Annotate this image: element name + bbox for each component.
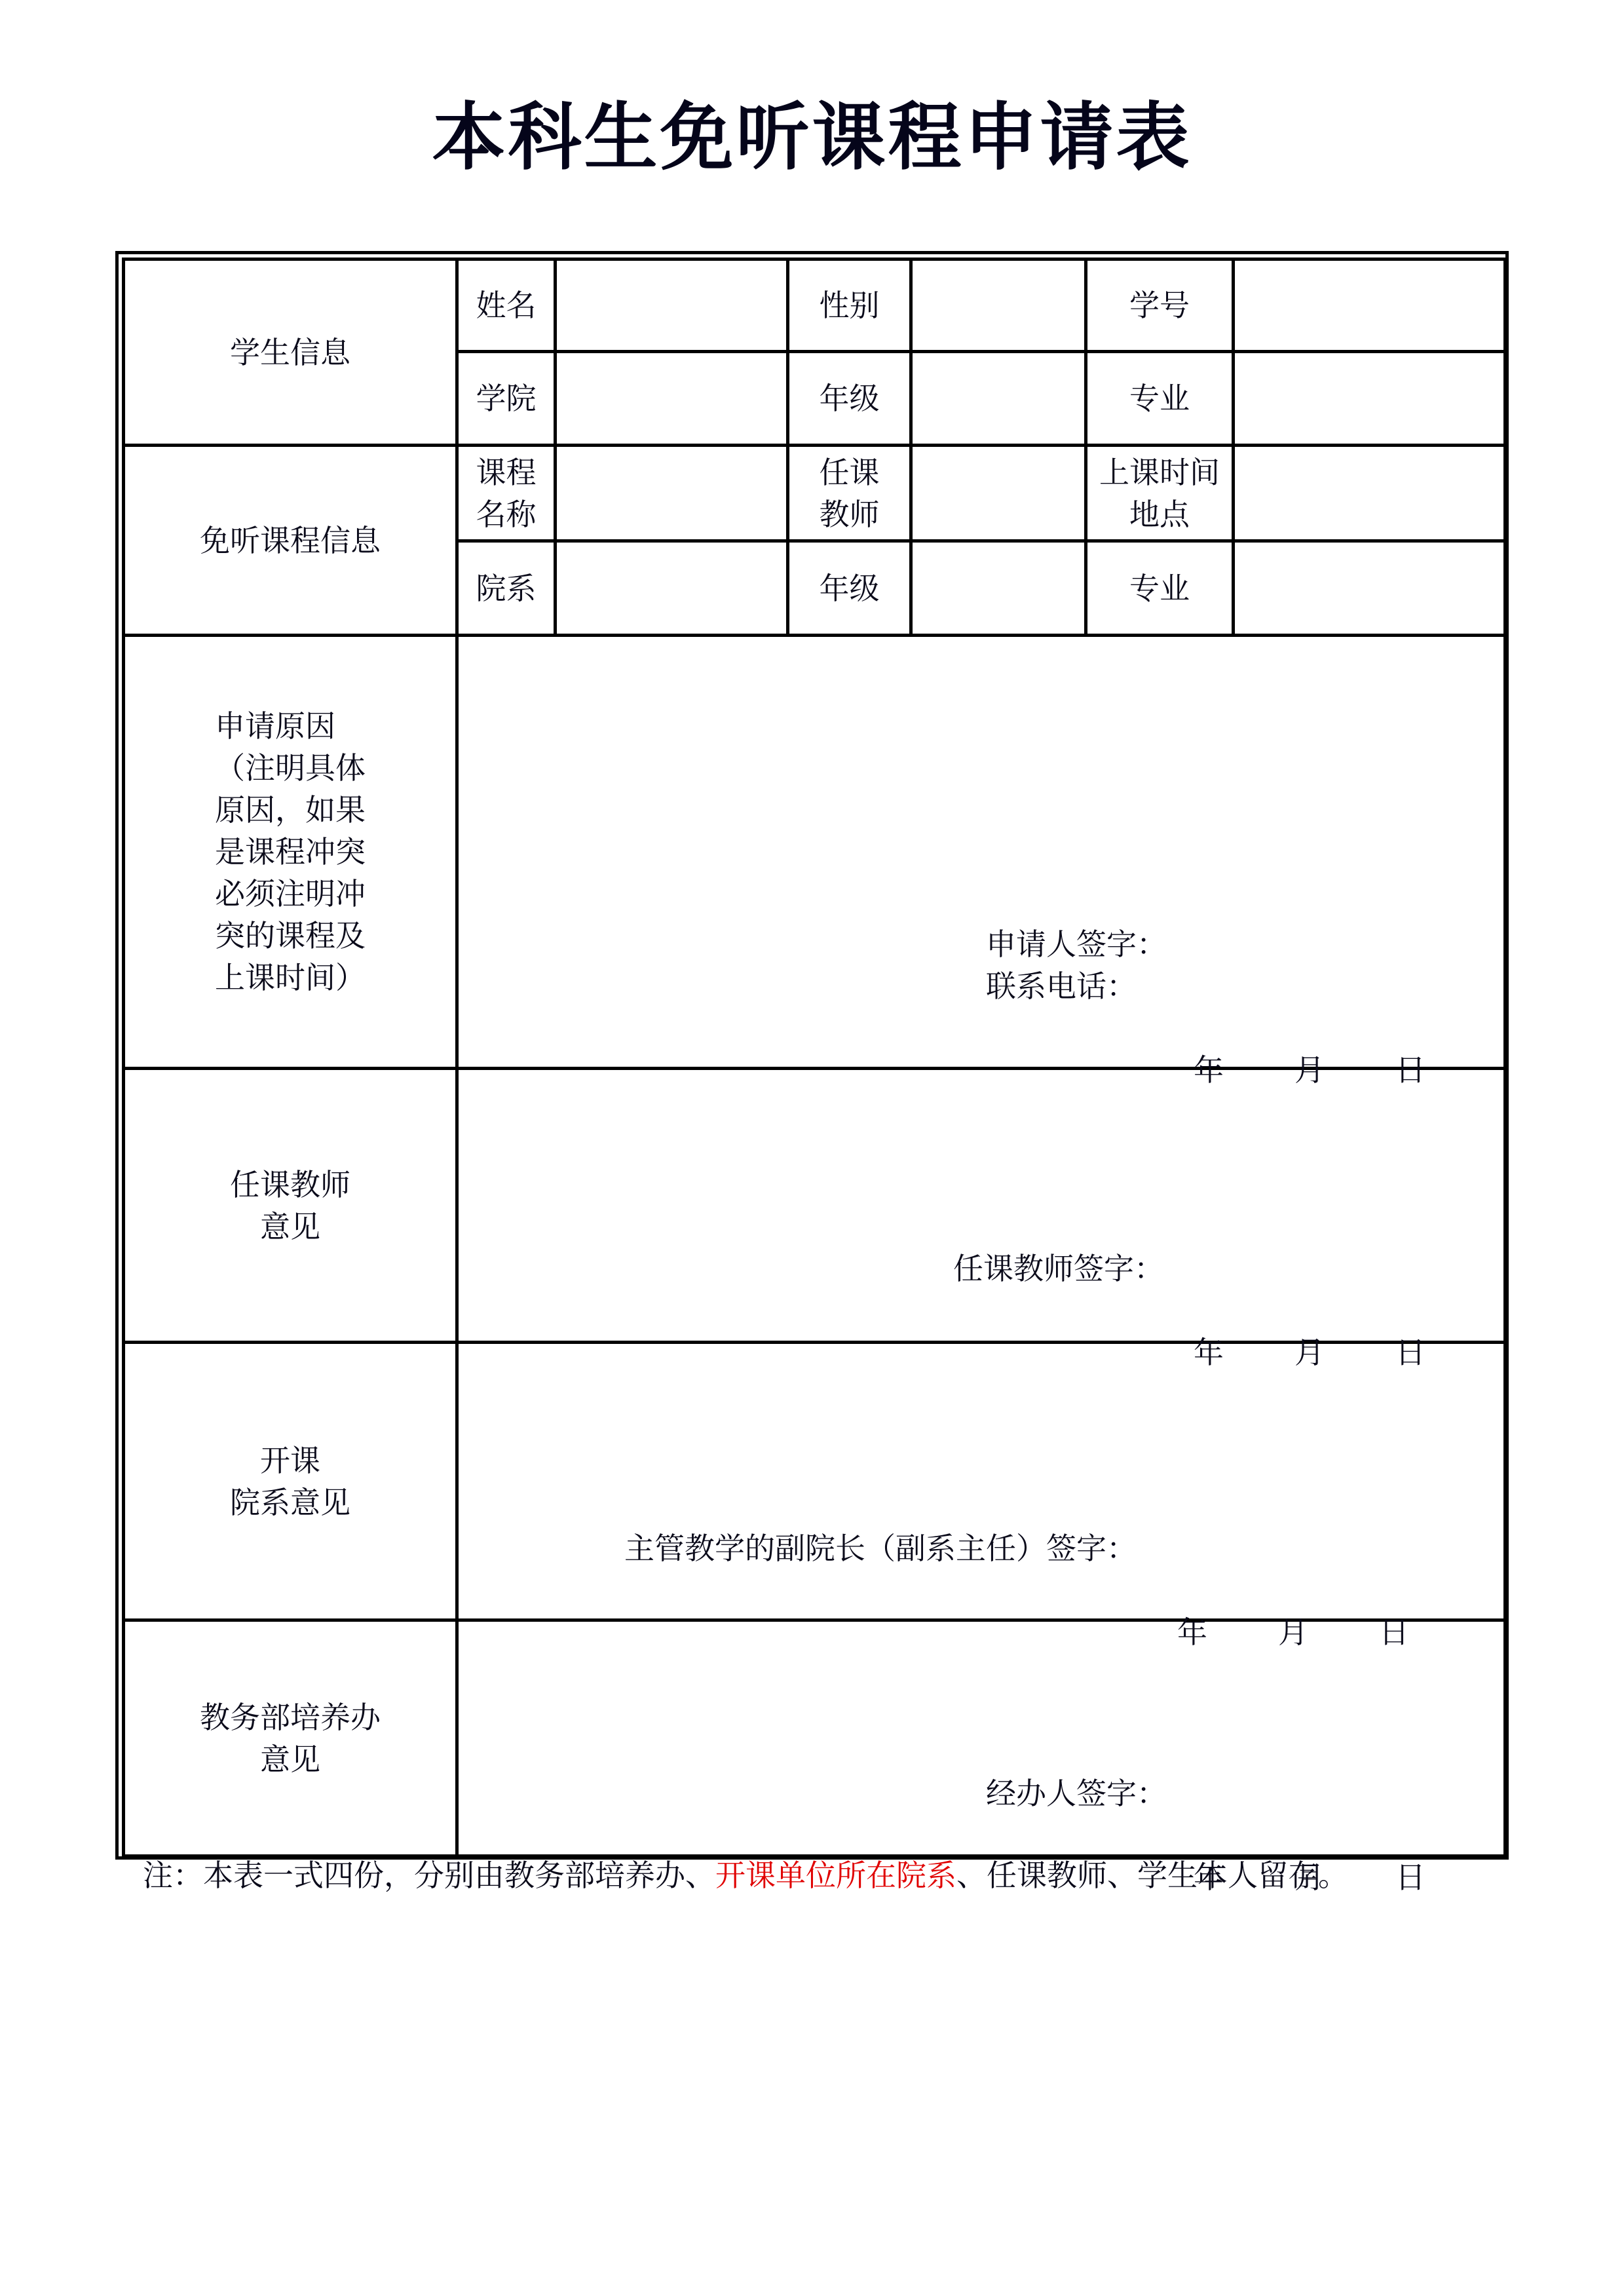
course-dept-field[interactable] <box>556 541 788 636</box>
course-dept-label: 院系 <box>457 541 556 636</box>
major-label: 专业 <box>1086 352 1234 446</box>
office-opinion-row: 教务部培养办 意见 经办人签字： 年月日 <box>124 1620 1505 1856</box>
name-field[interactable] <box>556 259 788 352</box>
student-id-field[interactable] <box>1234 259 1505 352</box>
student-info-section-label: 学生信息 <box>124 259 457 446</box>
footnote: 注：本表一式四份，分别由教务部培养办、开课单位所在院系、任课教师、学生本人留存。 <box>143 1854 1348 1896</box>
dept-opinion-row: 开课 院系意见 主管教学的副院长（副系主任）签字： 年月日 <box>124 1343 1505 1620</box>
course-major-field[interactable] <box>1234 541 1505 636</box>
applicant-signature-label: 申请人签字： <box>986 923 1167 965</box>
footnote-highlight: 开课单位所在院系 <box>715 1858 956 1893</box>
teacher-signature-label: 任课教师签字： <box>953 1248 1164 1290</box>
reason-field[interactable]: 申请人签字： 联系电话： 年月日 <box>457 636 1505 1069</box>
reason-label: 申请原因 （注明具体 原因，如果 是课程冲突 必须注明冲 突的课程及 上课时间） <box>215 705 366 999</box>
teacher-opinion-row: 任课教师 意见 任课教师签字： 年月日 <box>124 1069 1505 1343</box>
course-name-label: 课程 名称 <box>457 446 556 541</box>
time-place-label: 上课时间 地点 <box>1086 446 1234 541</box>
time-place-field[interactable] <box>1234 446 1505 541</box>
grade-label: 年级 <box>788 352 911 446</box>
day-label: 日 <box>1395 1856 1426 1898</box>
office-opinion-field[interactable]: 经办人签字： 年月日 <box>457 1620 1505 1856</box>
dept-opinion-field[interactable]: 主管教学的副院长（副系主任）签字： 年月日 <box>457 1343 1505 1620</box>
course-major-label: 专业 <box>1086 541 1234 636</box>
college-field[interactable] <box>556 352 788 446</box>
teacher-field[interactable] <box>911 446 1086 541</box>
college-label: 学院 <box>457 352 556 446</box>
grade-field[interactable] <box>911 352 1086 446</box>
footnote-prefix: 注：本表一式四份，分别由教务部培养办、 <box>143 1858 715 1893</box>
gender-field[interactable] <box>911 259 1086 352</box>
course-grade-label: 年级 <box>788 541 911 636</box>
dept-signature-label: 主管教学的副院长（副系主任）签字： <box>624 1527 1137 1569</box>
course-info-row-1: 免听课程信息 课程 名称 任课 教师 上课时间 地点 <box>124 446 1505 541</box>
reason-row: 申请原因 （注明具体 原因，如果 是课程冲突 必须注明冲 突的课程及 上课时间）… <box>124 636 1505 1069</box>
handler-signature-label: 经办人签字： <box>986 1772 1167 1814</box>
page-title: 本科生免听课程申请表 <box>0 79 1624 184</box>
teacher-label: 任课 教师 <box>788 446 911 541</box>
name-label: 姓名 <box>457 259 556 352</box>
contact-phone-label: 联系电话： <box>986 965 1137 1007</box>
major-field[interactable] <box>1234 352 1505 446</box>
course-grade-field[interactable] <box>911 541 1086 636</box>
student-id-label: 学号 <box>1086 259 1234 352</box>
teacher-opinion-field[interactable]: 任课教师签字： 年月日 <box>457 1069 1505 1343</box>
student-info-row-1: 学生信息 姓名 性别 学号 <box>124 259 1505 352</box>
dept-opinion-label-cell: 开课 院系意见 <box>124 1343 457 1620</box>
footnote-suffix: 、任课教师、学生本人留存。 <box>956 1858 1348 1893</box>
gender-label: 性别 <box>788 259 911 352</box>
reason-label-cell: 申请原因 （注明具体 原因，如果 是课程冲突 必须注明冲 突的课程及 上课时间） <box>124 636 457 1069</box>
office-opinion-label-cell: 教务部培养办 意见 <box>124 1620 457 1856</box>
teacher-opinion-label-cell: 任课教师 意见 <box>124 1069 457 1343</box>
application-form-table: 学生信息 姓名 性别 学号 学院 年级 专业 免听课程信息 课程 名称 任课 教… <box>122 258 1507 1858</box>
course-info-section-label: 免听课程信息 <box>124 446 457 636</box>
course-name-field[interactable] <box>556 446 788 541</box>
